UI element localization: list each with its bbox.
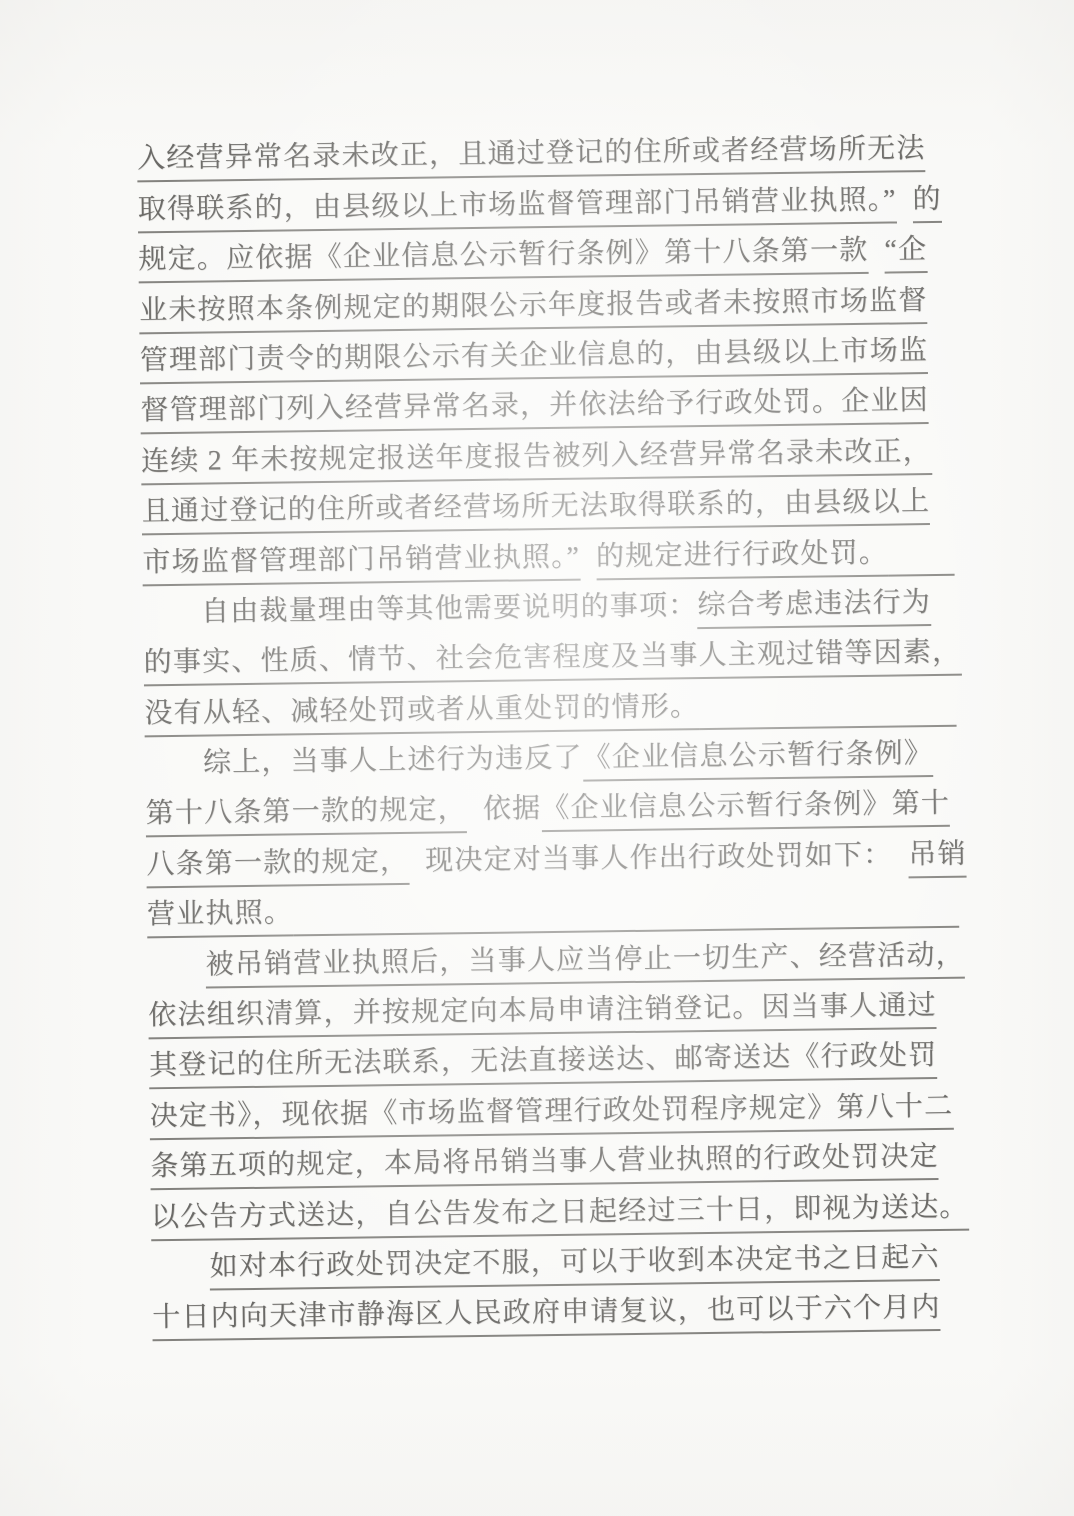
underlined-text-segment: 营业执照。	[147, 893, 294, 939]
text-segment: 自由裁量理由等其他需要说明的事项：	[201, 585, 698, 635]
underlined-text-segment: 吊销	[908, 833, 967, 878]
text-segment: 现决定对当事人作出行政处罚如下：	[425, 834, 893, 884]
underlined-text-segment: 没有从轻、减轻处罚或者从重处罚的情形。	[144, 686, 699, 737]
document-line: 没有从轻、减轻处罚或者从重处罚的情形。	[144, 676, 957, 737]
document-text-block: 入经营异常名录未改正，且通过登记的住所或者经营场所无法取得联系的，由县级以上市场…	[137, 122, 965, 1342]
scanned-document-page: { "document": { "kind": "administrative-…	[0, 0, 1074, 1516]
document-line: 督管理部门列入经营异常名录，并依法给予行政处罚。企业因	[140, 374, 953, 435]
underlined-text-segment: 第十八条第一款的规定，	[145, 790, 467, 838]
document-line: 依法组织清算，并按规定向本局申请注销登记。因当事人通过	[148, 978, 961, 1039]
document-line: 第十八条第一款的规定，依据《企业信息公示暂行条例》第十	[145, 777, 958, 838]
underlined-text-segment: 市场监督管理部门吊销营业执照。”	[142, 536, 580, 586]
document-line: 业未按照本条例规定的期限公示年度报告或者未按照市场监督	[139, 273, 952, 334]
document-line: 入经营异常名录未改正，且通过登记的住所或者经营场所无法	[137, 122, 950, 183]
document-line: 十日内向天津市静海区人民政府申请复议，也可以于六个月内	[152, 1281, 965, 1342]
document-line: 的事实、性质、情节、社会危害程度及当事人主观过错等因素，	[143, 626, 956, 687]
document-line: 以公告方式送达，自公告发布之日起经过三十日，即视为送达。	[151, 1180, 964, 1241]
underlined-text-segment: 十日内向天津市静海区人民政府申请复议，也可以于六个月内	[152, 1287, 941, 1341]
text-segment: 依据	[483, 789, 542, 834]
document-line: 条第五项的规定，本局将吊销当事人营业执照的行政处罚决定	[150, 1129, 963, 1190]
document-line: 决定书》，现依据《市场监督管理行政处罚程序规定》第八十二	[149, 1079, 962, 1140]
text-segment: 综上，当事人上述行为违反了	[203, 738, 583, 787]
document-line: 取得联系的，由县级以上市场监督管理部门吊销营业执照。”的	[137, 172, 950, 233]
blank-underline	[888, 531, 955, 576]
underlined-text-segment: 《企业信息公示暂行条例》	[582, 733, 933, 782]
document-line: 营业执照。	[147, 878, 960, 939]
underlined-text-segment: 的	[912, 179, 942, 223]
document-line: 被吊销营业执照后，当事人应当停止一切生产、经营活动，	[147, 928, 960, 989]
document-line: 且通过登记的住所或者经营场所无法取得联系的，由县级以上	[141, 474, 954, 535]
document-line: 自由裁量理由等其他需要说明的事项：综合考虑违法行为	[143, 575, 956, 636]
underlined-text-segment: 综合考虑违法行为	[697, 582, 931, 629]
blank-underline	[699, 682, 957, 729]
document-line: 规定。应依据《企业信息公示暂行条例》第十八条第一款“企	[138, 223, 951, 284]
underlined-text-segment: “企	[884, 229, 927, 274]
document-line: 八条第一款的规定，现决定对当事人作出行政处罚如下：吊销	[146, 827, 959, 888]
document-line: 如对本行政处罚决定不服，可以于收到本决定书之日起六	[151, 1230, 964, 1291]
document-line: 综上，当事人上述行为违反了《企业信息公示暂行条例》	[145, 726, 958, 787]
underlined-text-segment: 《企业信息公示暂行条例》第十	[541, 783, 950, 832]
document-line: 其登记的住所无法联系，无法直接送达、邮寄送达《行政处罚	[149, 1029, 962, 1090]
underlined-text-segment: 的规定进行行政处罚。	[596, 532, 889, 580]
underlined-text-segment: 八条第一款的规定，	[146, 841, 409, 888]
blank-underline	[293, 884, 960, 937]
document-line: 连续 2 年未按规定报送年度报告被列入经营异常名录未改正，	[141, 424, 954, 485]
document-line: 管理部门责令的期限公示有关企业信息的，由县级以上市场监	[139, 323, 952, 384]
document-line: 市场监督管理部门吊销营业执照。”的规定进行行政处罚。	[142, 525, 955, 586]
